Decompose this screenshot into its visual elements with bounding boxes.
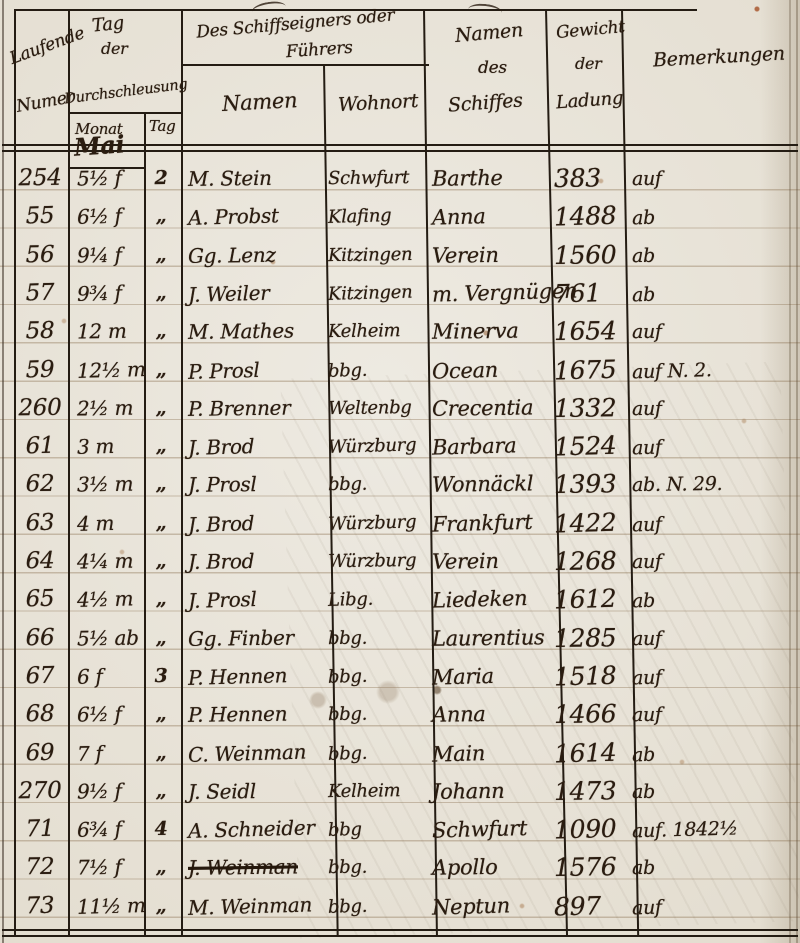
cell-day: „: [144, 205, 179, 228]
cell-residence: Kelheim: [328, 780, 426, 802]
cell-weight: 1612: [554, 584, 625, 615]
cell-running-number: 63: [14, 509, 67, 536]
cell-weight: 761: [554, 277, 625, 308]
cell-day: „: [144, 550, 178, 572]
table-row: 64 4¼ m „ J. Brod Würzburg Verein 1268 a…: [0, 542, 800, 580]
cell-time: 9¼ f: [77, 242, 141, 267]
cell-remark: ab: [632, 739, 799, 766]
cell-remark: auf: [632, 702, 798, 726]
cell-running-number: 260: [14, 394, 66, 421]
cell-ship-name: Crecentia: [432, 395, 548, 421]
cell-owner-name: J. Brod: [188, 432, 323, 460]
cell-running-number: 62: [14, 471, 66, 498]
cell-day: 4: [144, 818, 179, 841]
cell-residence: Schwfurt: [328, 167, 426, 189]
cell-owner-name: Gg. Lenz: [188, 242, 322, 268]
cell-ship-name: Maria: [432, 662, 549, 689]
table-row: 68 6½ f „ P. Hennen bbg. Anna 1466 auf: [0, 695, 800, 733]
cell-remark: auf N. 2.: [632, 356, 799, 383]
cell-weight: 383: [554, 163, 624, 193]
cell-day: „: [144, 856, 178, 878]
cell-owner-name: J. Weiler: [188, 279, 323, 307]
cell-weight: 1560: [554, 240, 624, 270]
cell-owner-name: A. Probst: [188, 202, 323, 230]
cell-remark: auf: [632, 433, 799, 460]
cell-remark: auf: [632, 549, 798, 573]
cell-ship-name: Minerva: [432, 318, 548, 344]
cell-day: „: [144, 473, 178, 495]
cell-remark: ab. N. 29.: [632, 472, 798, 496]
cell-running-number: 66: [14, 624, 66, 651]
table-row: 57 9¾ f „ J. Weiler Kitzingen m. Vergnüg…: [0, 274, 800, 312]
cell-running-number: 61: [14, 432, 67, 459]
cell-weight: 1268: [554, 546, 624, 576]
cell-running-number: 56: [14, 241, 66, 268]
cell-owner-name: P. Hennen: [188, 701, 322, 727]
cell-day: „: [144, 511, 179, 534]
cell-time: 9¾ f: [77, 280, 142, 306]
cell-owner-name: A. Schneider: [188, 815, 323, 843]
cell-ship-name: Ocean: [432, 356, 549, 383]
cell-day: 2: [144, 167, 178, 189]
cell-remark: auf: [632, 663, 799, 690]
cell-running-number: 57: [14, 279, 67, 306]
cell-running-number: 68: [14, 701, 66, 728]
cell-weight: 1422: [554, 507, 625, 538]
cell-residence: Würzburg: [328, 550, 426, 572]
table-row: 71 6¾ f 4 A. Schneider bbg Schwfurt 1090…: [0, 810, 800, 848]
cell-weight: 1614: [554, 737, 625, 768]
table-row: 56 9¼ f „ Gg. Lenz Kitzingen Verein 1560…: [0, 236, 800, 274]
cell-day: „: [144, 243, 178, 265]
cell-residence: bbg.: [328, 664, 427, 688]
cell-owner-name: J. Seidl: [188, 778, 322, 804]
cell-remark: auf: [632, 166, 798, 190]
cell-day: „: [144, 588, 179, 611]
cell-day: 3: [144, 664, 179, 687]
cell-remark: ab: [632, 586, 799, 613]
cell-remark: ab: [632, 242, 798, 266]
cell-running-number: 64: [14, 548, 66, 575]
table-row: 69 7 f „ C. Weinman bbg. Main 1614 ab: [0, 734, 800, 772]
cell-owner-name: J. Brod: [188, 509, 323, 537]
cell-day: „: [144, 894, 179, 917]
cell-weight: 1654: [554, 316, 624, 346]
cell-residence: Kitzingen: [328, 281, 427, 305]
cell-time: 5½ f: [77, 166, 141, 191]
cell-ship-name: Anna: [432, 203, 549, 230]
table-row: 254 5½ f 2 M. Stein Schwfurt Barthe 383 …: [0, 159, 800, 197]
cell-owner-name: P. Brenner: [188, 395, 322, 421]
cell-time: 3½ m: [77, 472, 141, 497]
table-row: 59 12½ m „ P. Prosl bbg. Ocean 1675 auf …: [0, 351, 800, 389]
cell-day: „: [144, 741, 179, 764]
cell-weight: 1675: [554, 354, 625, 385]
cell-residence: bbg.: [328, 703, 426, 725]
cell-running-number: 67: [14, 662, 67, 689]
table-row: 65 4½ m „ J. Prosl Libg. Liedeken 1612 a…: [0, 580, 800, 618]
cell-remark: auf: [632, 509, 799, 536]
cell-time: 5½ ab: [77, 625, 141, 650]
cell-residence: bbg.: [328, 894, 427, 918]
cell-weight: 897: [554, 890, 625, 921]
cell-owner-name: M. Stein: [188, 165, 322, 191]
cell-time: 4¼ m: [77, 549, 141, 574]
cell-owner-name: M. Mathes: [188, 318, 322, 344]
cell-time: 11½ m: [77, 893, 142, 919]
table-row: 66 5½ ab „ Gg. Finber bbg. Laurentius 12…: [0, 619, 800, 657]
cell-ship-name: Anna: [432, 701, 548, 727]
cell-owner-name: J. Prosl: [188, 471, 322, 497]
cell-ship-name: Apollo: [432, 855, 548, 881]
cell-remark: ab: [632, 280, 799, 307]
cell-owner-name: C. Weinman: [188, 739, 323, 767]
cell-time: 4½ m: [77, 586, 142, 612]
cell-running-number: 55: [14, 203, 67, 230]
cell-time: 7½ f: [77, 855, 141, 880]
cell-owner-name: P. Hennen: [188, 662, 323, 690]
table-body: 254 5½ f 2 M. Stein Schwfurt Barthe 383 …: [0, 0, 800, 943]
cell-residence: Libg.: [328, 587, 427, 611]
table-row: 67 6 f 3 P. Hennen bbg. Maria 1518 auf: [0, 657, 800, 695]
cell-residence: bbg.: [328, 358, 427, 382]
cell-residence: Weltenbg: [328, 397, 426, 419]
table-row: 63 4 m „ J. Brod Würzburg Frankfurt 1422…: [0, 504, 800, 542]
cell-running-number: 73: [14, 892, 67, 919]
cell-remark: ab: [632, 779, 798, 803]
cell-running-number: 270: [14, 777, 66, 804]
cell-running-number: 254: [14, 165, 66, 192]
cell-running-number: 72: [14, 854, 66, 881]
cell-residence: Würzburg: [328, 434, 427, 458]
cell-running-number: 71: [14, 815, 67, 842]
cell-ship-name: Barthe: [432, 165, 548, 191]
table-row: 72 7½ f „ J. Weinman bbg. Apollo 1576 ab: [0, 848, 800, 886]
cell-ship-name: Johann: [432, 778, 548, 804]
cell-weight: 1285: [554, 623, 624, 653]
cell-residence: Klafing: [328, 204, 427, 228]
table-row: 270 9½ f „ J. Seidl Kelheim Johann 1473 …: [0, 772, 800, 810]
cell-time: 4 m: [77, 510, 142, 536]
cell-owner-name: P. Prosl: [188, 356, 323, 384]
cell-time: 7 f: [77, 740, 142, 766]
cell-residence: bbg.: [328, 741, 427, 765]
cell-remark: auf. 1842½: [632, 816, 799, 843]
cell-residence: bbg.: [328, 856, 426, 878]
cell-residence: bbg: [328, 817, 427, 841]
cell-ship-name: Schwfurt: [432, 815, 549, 842]
cell-weight: 1332: [554, 393, 624, 423]
table-row: 73 11½ m „ M. Weinman bbg. Neptun 897 au…: [0, 887, 800, 925]
cell-owner-name: J. Brod: [188, 548, 322, 574]
cell-ship-name: Verein: [432, 242, 548, 268]
cell-residence: Kelheim: [328, 320, 426, 342]
cell-time: 6½ f: [77, 203, 142, 229]
cell-running-number: 65: [14, 586, 67, 613]
cell-day: „: [144, 435, 179, 458]
cell-day: „: [144, 397, 178, 419]
cell-remark: auf: [632, 892, 799, 919]
cell-owner-name: M. Weinman: [188, 892, 323, 920]
cell-residence: bbg.: [328, 626, 426, 648]
cell-weight: 1473: [554, 776, 624, 806]
cell-residence: bbg.: [328, 473, 426, 495]
cell-residence: Kitzingen: [328, 243, 426, 265]
cell-day: „: [144, 703, 178, 725]
cell-time: 3 m: [77, 433, 142, 459]
cell-weight: 1466: [554, 699, 624, 729]
table-row: 62 3½ m „ J. Prosl bbg. Wonnäckl 1393 ab…: [0, 465, 800, 503]
cell-ship-name: m. Vergnügen: [432, 279, 549, 306]
cell-day: „: [144, 320, 178, 342]
table-row: 61 3 m „ J. Brod Würzburg Barbara 1524 a…: [0, 427, 800, 465]
cell-time: 12½ m: [77, 357, 142, 383]
table-row: 58 12 m „ M. Mathes Kelheim Minerva 1654…: [0, 312, 800, 350]
cell-ship-name: Wonnäckl: [432, 472, 548, 498]
cell-remark: auf: [632, 625, 798, 649]
cell-time: 6 f: [77, 663, 142, 689]
cell-day: „: [144, 626, 178, 648]
table-row: 260 2½ m „ P. Brenner Weltenbg Crecentia…: [0, 389, 800, 427]
cell-day: „: [144, 780, 178, 802]
cell-running-number: 69: [14, 739, 67, 766]
cell-ship-name: Barbara: [432, 432, 549, 459]
cell-remark: ab: [632, 203, 799, 230]
cell-ship-name: Liedeken: [432, 586, 549, 613]
cell-remark: auf: [632, 396, 798, 420]
cell-time: 2½ m: [77, 395, 141, 420]
cell-ship-name: Frankfurt: [432, 509, 549, 536]
cell-running-number: 59: [14, 356, 67, 383]
cell-owner-name: J. Prosl: [188, 585, 323, 613]
cell-ship-name: Laurentius: [432, 625, 548, 651]
cell-owner-name: Gg. Finber: [188, 625, 322, 651]
table-row: 55 6½ f „ A. Probst Klafing Anna 1488 ab: [0, 197, 800, 235]
cell-weight: 1393: [554, 469, 624, 499]
cell-owner-name: J. Weinman: [188, 854, 322, 880]
cell-time: 9½ f: [77, 778, 141, 803]
cell-day: „: [144, 281, 179, 304]
cell-ship-name: Main: [432, 739, 549, 766]
cell-ship-name: Verein: [432, 548, 548, 574]
cell-weight: 1524: [554, 431, 625, 462]
cell-remark: ab: [632, 855, 798, 879]
cell-time: 12 m: [77, 319, 141, 344]
ledger-page: Laufende Numer Tag der Durchschleusung M…: [0, 0, 800, 943]
cell-time: 6¾ f: [77, 816, 142, 842]
cell-residence: Würzburg: [328, 511, 427, 535]
cell-weight: 1576: [554, 852, 624, 882]
cell-day: „: [144, 358, 179, 381]
cell-time: 6½ f: [77, 702, 141, 727]
cell-weight: 1090: [554, 814, 625, 845]
cell-weight: 1488: [554, 201, 625, 232]
cell-remark: auf: [632, 319, 798, 343]
cell-weight: 1518: [554, 660, 625, 691]
cell-ship-name: Neptun: [432, 892, 549, 919]
cell-running-number: 58: [14, 318, 66, 345]
